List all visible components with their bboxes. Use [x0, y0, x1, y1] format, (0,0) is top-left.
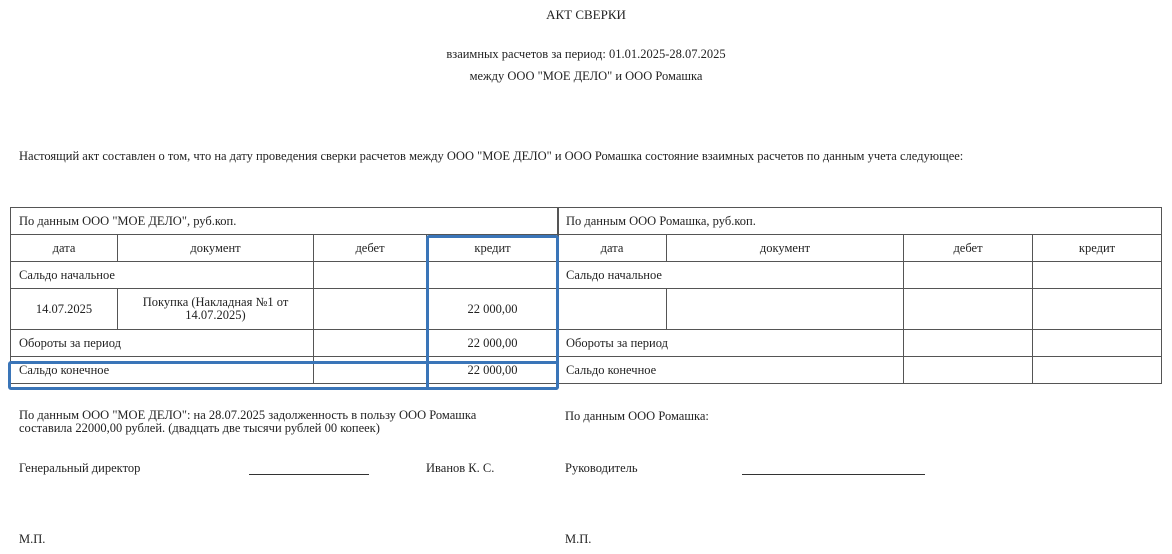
row-document: Покупка (Накладная №1 от 14.07.2025)	[118, 289, 314, 330]
left-signer-title: Генеральный директор	[19, 461, 140, 476]
opening-balance-row: Сальдо начальное	[11, 262, 559, 289]
closing-balance-row: Сальдо конечное 22 000,00	[11, 357, 559, 384]
column-header-document: документ	[118, 235, 314, 262]
document-title: АКТ СВЕРКИ	[0, 7, 1172, 23]
opening-balance-label: Сальдо начальное	[558, 262, 904, 289]
row-debit	[904, 289, 1033, 330]
closing-balance-debit	[904, 357, 1033, 384]
table-row	[558, 289, 1162, 330]
turnover-credit	[1033, 330, 1162, 357]
turnover-credit: 22 000,00	[427, 330, 559, 357]
closing-balance-row: Сальдо конечное	[558, 357, 1162, 384]
row-credit: 22 000,00	[427, 289, 559, 330]
opening-balance-label: Сальдо начальное	[11, 262, 314, 289]
turnover-debit	[904, 330, 1033, 357]
parties-line: между ООО "МОЕ ДЕЛО" и ООО Ромашка	[0, 69, 1172, 84]
column-header-date: дата	[11, 235, 118, 262]
turnover-debit	[314, 330, 427, 357]
opening-balance-row: Сальдо начальное	[558, 262, 1162, 289]
turnover-label: Обороты за период	[558, 330, 904, 357]
closing-balance-label: Сальдо конечное	[11, 357, 314, 384]
period-line: взаимных расчетов за период: 01.01.2025-…	[0, 47, 1172, 62]
table-caption-row: По данным ООО "МОЕ ДЕЛО", руб.коп.	[11, 208, 559, 235]
closing-balance-credit	[1033, 357, 1162, 384]
row-date: 14.07.2025	[11, 289, 118, 330]
right-stamp-placeholder: М.П.	[565, 532, 591, 547]
table-header-row: дата документ дебет кредит	[11, 235, 559, 262]
right-signature-line	[742, 474, 925, 475]
row-document	[667, 289, 904, 330]
intro-text: Настоящий акт составлен о том, что на да…	[19, 149, 963, 164]
table-caption-row: По данным ООО Ромашка, руб.коп.	[558, 208, 1162, 235]
column-header-credit: кредит	[1033, 235, 1162, 262]
column-header-debit: дебет	[314, 235, 427, 262]
closing-balance-debit	[314, 357, 427, 384]
table-header-row: дата документ дебет кредит	[558, 235, 1162, 262]
right-reconciliation-table: По данным ООО Ромашка, руб.коп. дата док…	[557, 207, 1162, 384]
left-stamp-placeholder: М.П.	[19, 532, 45, 547]
column-header-date: дата	[558, 235, 667, 262]
column-header-credit: кредит	[427, 235, 559, 262]
row-date	[558, 289, 667, 330]
turnover-row: Обороты за период	[558, 330, 1162, 357]
turnover-label: Обороты за период	[11, 330, 314, 357]
opening-balance-debit	[904, 262, 1033, 289]
opening-balance-debit	[314, 262, 427, 289]
right-note: По данным ООО Ромашка:	[565, 409, 709, 424]
left-signer-name: Иванов К. С.	[426, 461, 494, 476]
right-signer-title: Руководитель	[565, 461, 638, 476]
left-table-caption: По данным ООО "МОЕ ДЕЛО", руб.коп.	[11, 208, 559, 235]
column-header-debit: дебет	[904, 235, 1033, 262]
turnover-row: Обороты за период 22 000,00	[11, 330, 559, 357]
left-debt-note: По данным ООО "МОЕ ДЕЛО": на 28.07.2025 …	[19, 409, 489, 435]
row-credit	[1033, 289, 1162, 330]
column-header-document: документ	[667, 235, 904, 262]
closing-balance-credit: 22 000,00	[427, 357, 559, 384]
opening-balance-credit	[427, 262, 559, 289]
closing-balance-label: Сальдо конечное	[558, 357, 904, 384]
opening-balance-credit	[1033, 262, 1162, 289]
left-signature-line	[249, 474, 369, 475]
right-table-caption: По данным ООО Ромашка, руб.коп.	[558, 208, 1162, 235]
left-reconciliation-table: По данным ООО "МОЕ ДЕЛО", руб.коп. дата …	[10, 207, 559, 384]
row-debit	[314, 289, 427, 330]
table-row: 14.07.2025 Покупка (Накладная №1 от 14.0…	[11, 289, 559, 330]
